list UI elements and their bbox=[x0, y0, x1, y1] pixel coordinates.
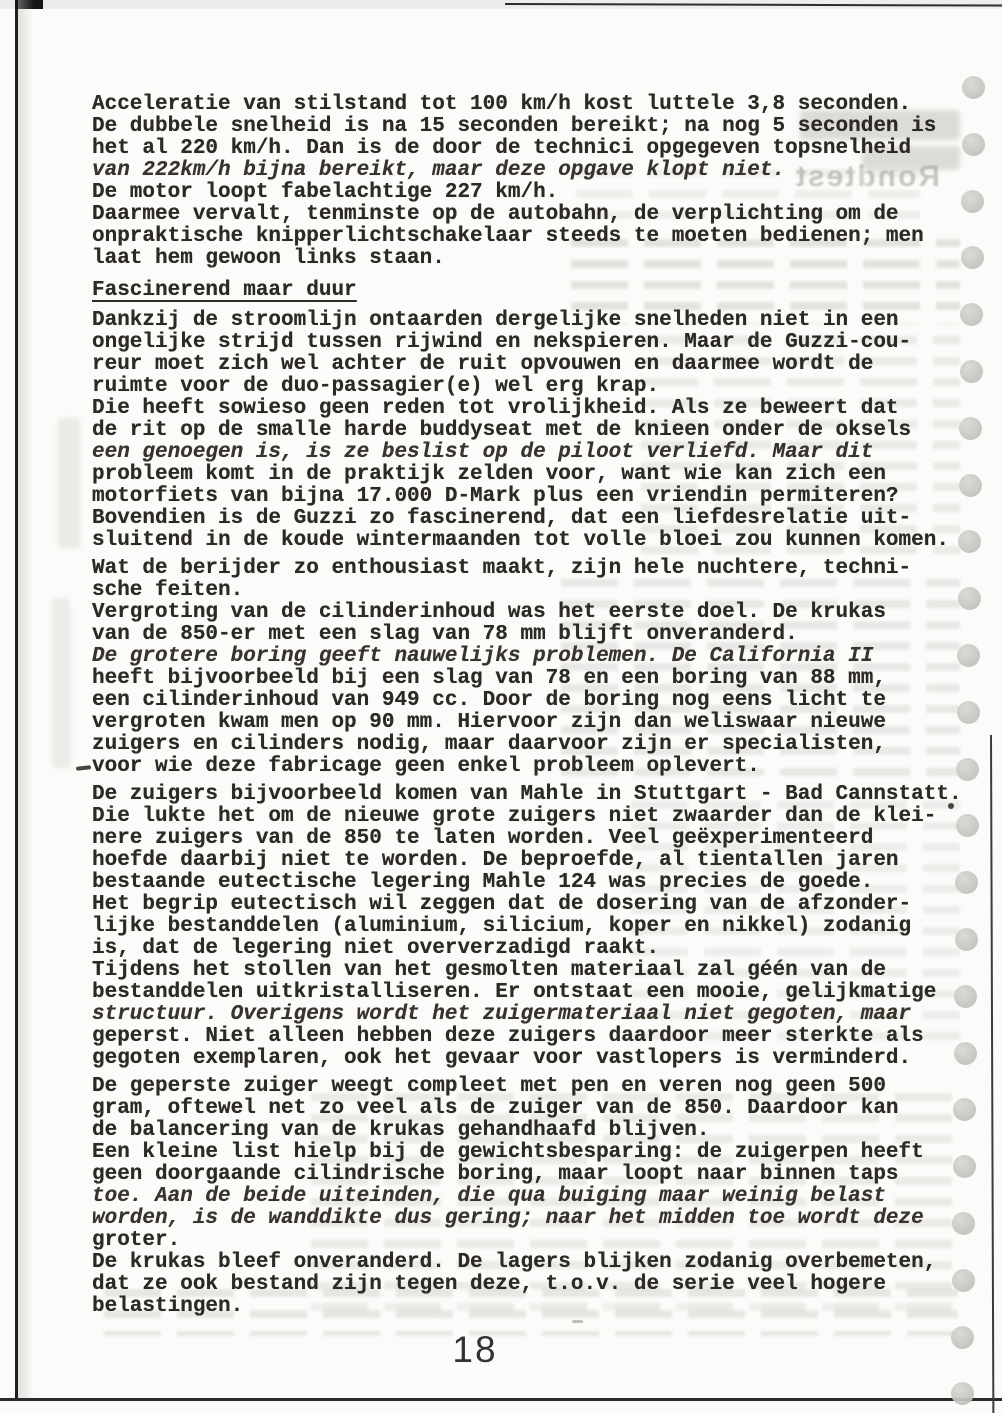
page-edge-shadow bbox=[18, 0, 34, 1399]
binding-hole-dot bbox=[957, 701, 980, 724]
text-line: voor wie deze fabricage geen enkel probl… bbox=[92, 756, 978, 778]
text-line: zuigers en cilinders nodig, maar daarvoo… bbox=[92, 734, 978, 756]
text-line: van 222km/h bijna bereikt, maar deze opg… bbox=[92, 160, 978, 182]
text-line: sluitend in de koude wintermaanden tot v… bbox=[92, 530, 978, 552]
text-line: geperst. Niet alleen hebben deze zuigers… bbox=[92, 1026, 978, 1048]
text-column: Acceleratie van stilstand tot 100 km/h k… bbox=[92, 94, 978, 1324]
text-line: een cilinderinhoud van 949 cc. Door de b… bbox=[92, 690, 978, 712]
binding-hole-dot bbox=[960, 360, 983, 383]
binding-hole-dot bbox=[959, 417, 982, 440]
body-paragraph: De zuigers bijvoorbeeld komen van Mahle … bbox=[92, 784, 978, 1070]
text-line: van de 850-er met een slag van 78 mm bli… bbox=[92, 624, 978, 646]
text-line: belastingen. bbox=[92, 1296, 978, 1318]
text-line: sche feiten. bbox=[92, 580, 978, 602]
text-line: De dubbele snelheid is na 15 seconden be… bbox=[92, 116, 978, 138]
text-line: Een kleine list hielp bij de gewichtsbes… bbox=[92, 1142, 978, 1164]
text-line: geen doorgaande cilindrische boring, maa… bbox=[92, 1164, 978, 1186]
text-line: gegoten exemplaren, ook het gevaar voor … bbox=[92, 1048, 978, 1070]
text-line: De motor loopt fabelachtige 227 km/h. bbox=[92, 182, 978, 204]
text-line: vergroten kwam men op 90 mm. Hiervoor zi… bbox=[92, 712, 978, 734]
text-line: De zuigers bijvoorbeeld komen van Mahle … bbox=[92, 784, 978, 806]
text-line: dat ze ook bestand zijn tegen deze, t.o.… bbox=[92, 1274, 978, 1296]
scan-speck bbox=[572, 1320, 583, 1323]
text-line: reur moet zich wel achter de ruit opvouw… bbox=[92, 354, 978, 376]
binding-hole-dot bbox=[951, 1382, 974, 1405]
page-edge-right bbox=[990, 735, 994, 1413]
text-line: De geperste zuiger weegt compleet met pe… bbox=[92, 1076, 978, 1098]
binding-hole-dot bbox=[954, 985, 977, 1008]
text-line: Tijdens het stollen van het gesmolten ma… bbox=[92, 960, 978, 982]
binding-hole-dot bbox=[953, 1155, 976, 1178]
body-paragraph: Dankzij de stroomlijn ontaarden dergelij… bbox=[92, 310, 978, 552]
text-line: probleem komt in de praktijk zelden voor… bbox=[92, 464, 978, 486]
text-line: laat hem gewoon links staan. bbox=[92, 248, 978, 270]
text-line: toe. Aan de beide uiteinden, die qua bui… bbox=[92, 1186, 978, 1208]
text-line: worden, is de wanddikte dus gering; naar… bbox=[92, 1208, 978, 1230]
ghost-smudge bbox=[52, 598, 70, 768]
scan-speck bbox=[76, 765, 91, 771]
text-line: motorfiets van bijna 17.000 D-Mark plus … bbox=[92, 486, 978, 508]
text-line: Bovendien is de Guzzi zo fascinerend, da… bbox=[92, 508, 978, 530]
text-line: structuur. Overigens wordt het zuigermat… bbox=[92, 1004, 978, 1026]
text-line: de balancering van de krukas gehandhaafd… bbox=[92, 1120, 978, 1142]
body-paragraph: Acceleratie van stilstand tot 100 km/h k… bbox=[92, 94, 978, 270]
text-line: De grotere boring geeft nauwelijks probl… bbox=[92, 646, 978, 668]
text-line: Acceleratie van stilstand tot 100 km/h k… bbox=[92, 94, 978, 116]
text-line: de rit op de smalle harde buddyseat met … bbox=[92, 420, 978, 442]
binding-hole-dot bbox=[959, 474, 982, 497]
page-edge-bottom bbox=[0, 1398, 1002, 1401]
text-line: bestaande eutectische legering Mahle 124… bbox=[92, 872, 978, 894]
binding-hole-dot bbox=[962, 76, 985, 99]
binding-hole-dot bbox=[958, 587, 981, 610]
text-line: bestanddelen uitkristalliseren. Er ontst… bbox=[92, 982, 978, 1004]
body-paragraph: De geperste zuiger weegt compleet met pe… bbox=[92, 1076, 978, 1318]
text-line: ruimte voor de duo-passagier(e) wel erg … bbox=[92, 376, 978, 398]
text-line: een genoegen is, is ze beslist op de pil… bbox=[92, 442, 978, 464]
text-line: onpraktische knipperlichtschakelaar stee… bbox=[92, 226, 978, 248]
text-line: ongelijke strijd tussen rijwind en neksp… bbox=[92, 332, 978, 354]
binding-hole-dot bbox=[962, 133, 985, 156]
text-line: Vergroting van de cilinderinhoud was het… bbox=[92, 602, 978, 624]
section-heading: Fascinerend maar duur bbox=[92, 280, 978, 302]
binding-hole-dot bbox=[952, 1269, 975, 1292]
text-line: Daarmee vervalt, tenminste op de autobah… bbox=[92, 204, 978, 226]
binding-hole-dot bbox=[951, 1326, 974, 1349]
binding-hole-dot bbox=[960, 303, 983, 326]
text-line: hoefde daarbij niet te worden. De beproe… bbox=[92, 850, 978, 872]
text-line: heeft bijvoorbeeld bij een slag van 78 e… bbox=[92, 668, 978, 690]
binding-hole-dot bbox=[955, 928, 978, 951]
ghost-smudge bbox=[58, 418, 80, 548]
text-line: is, dat de legering niet oververzadigd r… bbox=[92, 938, 978, 960]
text-line: Die lukte het om de nieuwe grote zuigers… bbox=[92, 806, 978, 828]
binding-hole-dot bbox=[956, 814, 979, 837]
scan-speck bbox=[948, 803, 954, 809]
text-line: Dankzij de stroomlijn ontaarden dergelij… bbox=[92, 310, 978, 332]
binding-hole-dot bbox=[954, 1042, 977, 1065]
binding-hole-dot bbox=[956, 758, 979, 781]
text-line: De krukas bleef onveranderd. De lagers b… bbox=[92, 1252, 978, 1274]
text-line: het al 220 km/h. Dan is de door de techn… bbox=[92, 138, 978, 160]
scanned-page: Rondtest Acceleratie van stilstand tot 1… bbox=[0, 0, 1002, 1413]
body-paragraph: Wat de berijder zo enthousiast maakt, zi… bbox=[92, 558, 978, 778]
page-number: 18 bbox=[428, 1328, 522, 1372]
text-line: Die heeft sowieso geen reden tot vrolijk… bbox=[92, 398, 978, 420]
text-line: gram, oftewel net zo veel als de zuiger … bbox=[92, 1098, 978, 1120]
text-line: Wat de berijder zo enthousiast maakt, zi… bbox=[92, 558, 978, 580]
binding-hole-dot bbox=[961, 246, 984, 269]
binding-hole-dot bbox=[961, 190, 984, 213]
text-line: Het begrip eutectisch wil zeggen dat de … bbox=[92, 894, 978, 916]
text-line: nere zuigers van de 850 te laten worden.… bbox=[92, 828, 978, 850]
text-line: lijke bestanddelen (aluminium, silicium,… bbox=[92, 916, 978, 938]
text-line: groter. bbox=[92, 1230, 978, 1252]
